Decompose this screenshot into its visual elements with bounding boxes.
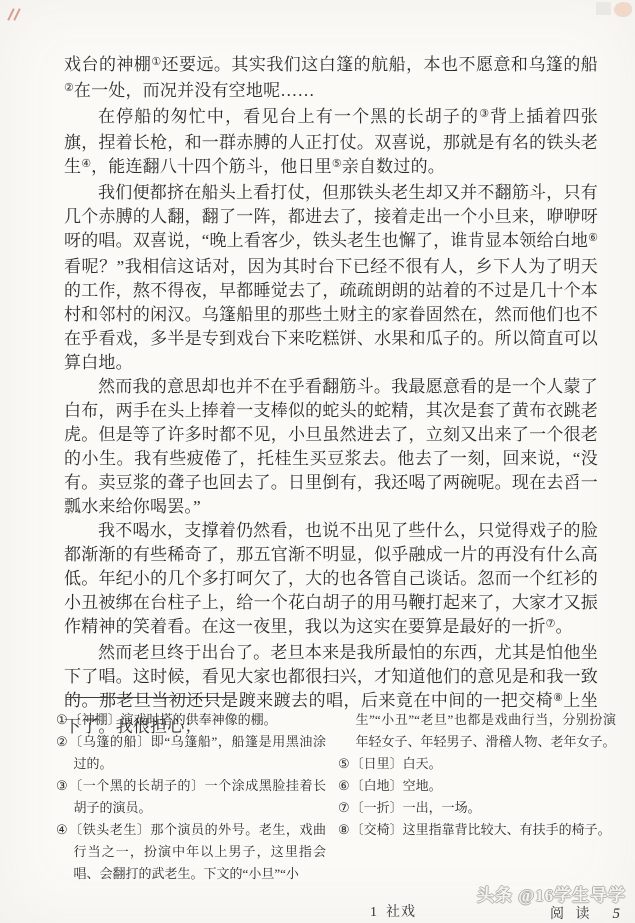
text-run: 我不喝水，支撑着仍然看，也说不出见了些什么，只觉得戏子的脸都渐渐的有些稀奇了，那… xyxy=(64,521,598,636)
footnote-number: ② xyxy=(56,734,68,749)
paragraph-2: 在停船的匆忙中，看见台上有一个黑的长胡子的③背上插着四张旗，捏着长枪，和一群赤膊… xyxy=(64,105,598,181)
footnote-marker: ④ xyxy=(81,158,91,170)
footnote-text: 〔铁头老生〕那个演员的外号。老生，戏曲行当之一，扮演中年以上男子，这里指会唱、会… xyxy=(69,822,326,881)
textbook-page: 戏台的神棚①还要远。其实我们这白篷的航船，本也不愿意和乌篷的船②在一处，而况并没… xyxy=(0,0,635,923)
text-run: 。 xyxy=(555,617,572,636)
footnotes-column-right: 生”“小丑”“老旦”也都是戏曲行当，分别扮演年轻女子、年轻男子、滑稽人物、老年女… xyxy=(338,709,616,885)
footnote-text: 〔神棚〕演戏时搭的供奉神像的棚。 xyxy=(69,712,277,727)
footnote-item: ③〔一个黑的长胡子的〕一个涂成黑脸挂着长胡子的演员。 xyxy=(56,775,326,819)
text-run: 然而我的意思却也并不在乎看翻筋斗。我最愿意看的是一个人蒙了白布，两手在头上捧着一… xyxy=(64,377,598,516)
paragraph-4: 然而我的意思却也并不在乎看翻筋斗。我最愿意看的是一个人蒙了白布，两手在头上捧着一… xyxy=(64,375,598,519)
footnote-text: 〔一个黑的长胡子的〕一个涂成黑脸挂着长胡子的演员。 xyxy=(69,778,326,815)
footnote-text: 〔日里〕白天。 xyxy=(351,756,442,771)
footnotes-column-left: ①〔神棚〕演戏时搭的供奉神像的棚。②〔乌篷的船〕即“乌篷船”，船篷是用黑油涂过的… xyxy=(56,709,326,885)
paragraph-5: 我不喝水，支撑着仍然看，也说不出见了些什么，只觉得戏子的脸都渐渐的有些稀奇了，那… xyxy=(64,519,598,641)
footnote-marker: ⑤ xyxy=(332,158,342,170)
text-run: 我们便都挤在船头上看打仗，但那铁头老生却又并不翻筋斗，只有几个赤膊的人翻，翻了一… xyxy=(64,183,598,250)
footer-lesson-label: 1社戏 xyxy=(370,901,416,921)
text-run: 还要远。其实我们这白篷的航船，本也不愿意和乌篷的船 xyxy=(162,55,599,74)
footnote-marker: ③ xyxy=(479,108,490,120)
footnote-marker: ⑧ xyxy=(553,692,563,704)
text-run: 在停船的匆忙中，看见台上有一个黑的长胡子的 xyxy=(98,107,479,126)
footnote-item: ①〔神棚〕演戏时搭的供奉神像的棚。 xyxy=(56,709,326,731)
red-pen-mark-top-right xyxy=(614,2,632,17)
text-run: 然而老旦终于出台了。老旦本来是我所最怕的东西，尤其是怕他坐下了唱。这时候，看见大… xyxy=(64,643,598,710)
footnote-item: ②〔乌篷的船〕即“乌篷船”，船篷是用黑油涂过的。 xyxy=(56,731,326,775)
red-pen-mark-top-left xyxy=(7,6,23,24)
text-run: 看呢？”我相信这话对，因为其时台下已经不很有人，乡下人为了明天的工作，熬不得夜，… xyxy=(64,257,598,372)
footnote-marker: ⑦ xyxy=(546,618,556,630)
footnote-number: ⑦ xyxy=(338,800,350,815)
paragraph-3: 我们便都挤在船头上看打仗，但那铁头老生却又并不翻筋斗，只有几个赤膊的人翻，翻了一… xyxy=(64,181,598,375)
footnote-marker: ⑥ xyxy=(588,232,598,244)
footnote-marker: ② xyxy=(64,82,74,94)
paragraph-1: 戏台的神棚①还要远。其实我们这白篷的航船，本也不愿意和乌篷的船②在一处，而况并没… xyxy=(64,53,598,105)
lesson-number: 1 xyxy=(370,905,377,920)
scan-smudge xyxy=(596,2,611,15)
section-label: 阅 读 xyxy=(550,903,594,923)
lesson-body-text: 戏台的神棚①还要远。其实我们这白篷的航船，本也不愿意和乌篷的船②在一处，而况并没… xyxy=(64,53,598,739)
footnote-text: 〔一折〕一出，一场。 xyxy=(351,800,481,815)
footnote-item: ⑥〔白地〕空地。 xyxy=(338,775,616,797)
footnote-text: 〔乌篷的船〕即“乌篷船”，船篷是用黑油涂过的。 xyxy=(69,734,326,771)
footnote-number: ④ xyxy=(56,822,68,837)
footnote-text: 〔白地〕空地。 xyxy=(351,778,442,793)
footnotes-section: ①〔神棚〕演戏时搭的供奉神像的棚。②〔乌篷的船〕即“乌篷船”，船篷是用黑油涂过的… xyxy=(56,709,616,885)
footnote-marker: ① xyxy=(151,56,161,68)
text-run: 亲自数过的。 xyxy=(342,157,445,176)
footnote-item: ⑧〔交椅〕这里指靠背比较大、有扶手的椅子。 xyxy=(338,819,616,841)
footnote-text: 〔交椅〕这里指靠背比较大、有扶手的椅子。 xyxy=(351,822,611,837)
footer-section-page: 阅 读 5 xyxy=(550,903,620,923)
text-run: ，能连翻八十四个筋斗，他日里 xyxy=(91,157,332,176)
footnote-divider xyxy=(66,697,234,698)
lesson-title: 社戏 xyxy=(386,905,416,920)
text-run: 在一处，而况并没有空地呢…… xyxy=(74,81,315,100)
footnote-item: ④〔铁头老生〕那个演员的外号。老生，戏曲行当之一，扮演中年以上男子，这里指会唱、… xyxy=(56,819,326,885)
footnote-item: ⑤〔日里〕白天。 xyxy=(338,753,616,775)
footnote-number: ⑤ xyxy=(338,756,350,771)
footnote-number: ⑧ xyxy=(338,822,350,837)
text-run: 戏台的神棚 xyxy=(64,55,151,74)
footnote-continuation: 生”“小丑”“老旦”也都是戏曲行当，分别扮演年轻女子、年轻男子、滑稽人物、老年女… xyxy=(338,709,616,753)
footnote-number: ⑥ xyxy=(338,778,350,793)
footnote-number: ① xyxy=(56,712,68,727)
page-number: 5 xyxy=(613,906,621,923)
footnote-item: ⑦〔一折〕一出，一场。 xyxy=(338,797,616,819)
footnote-number: ③ xyxy=(56,778,68,793)
